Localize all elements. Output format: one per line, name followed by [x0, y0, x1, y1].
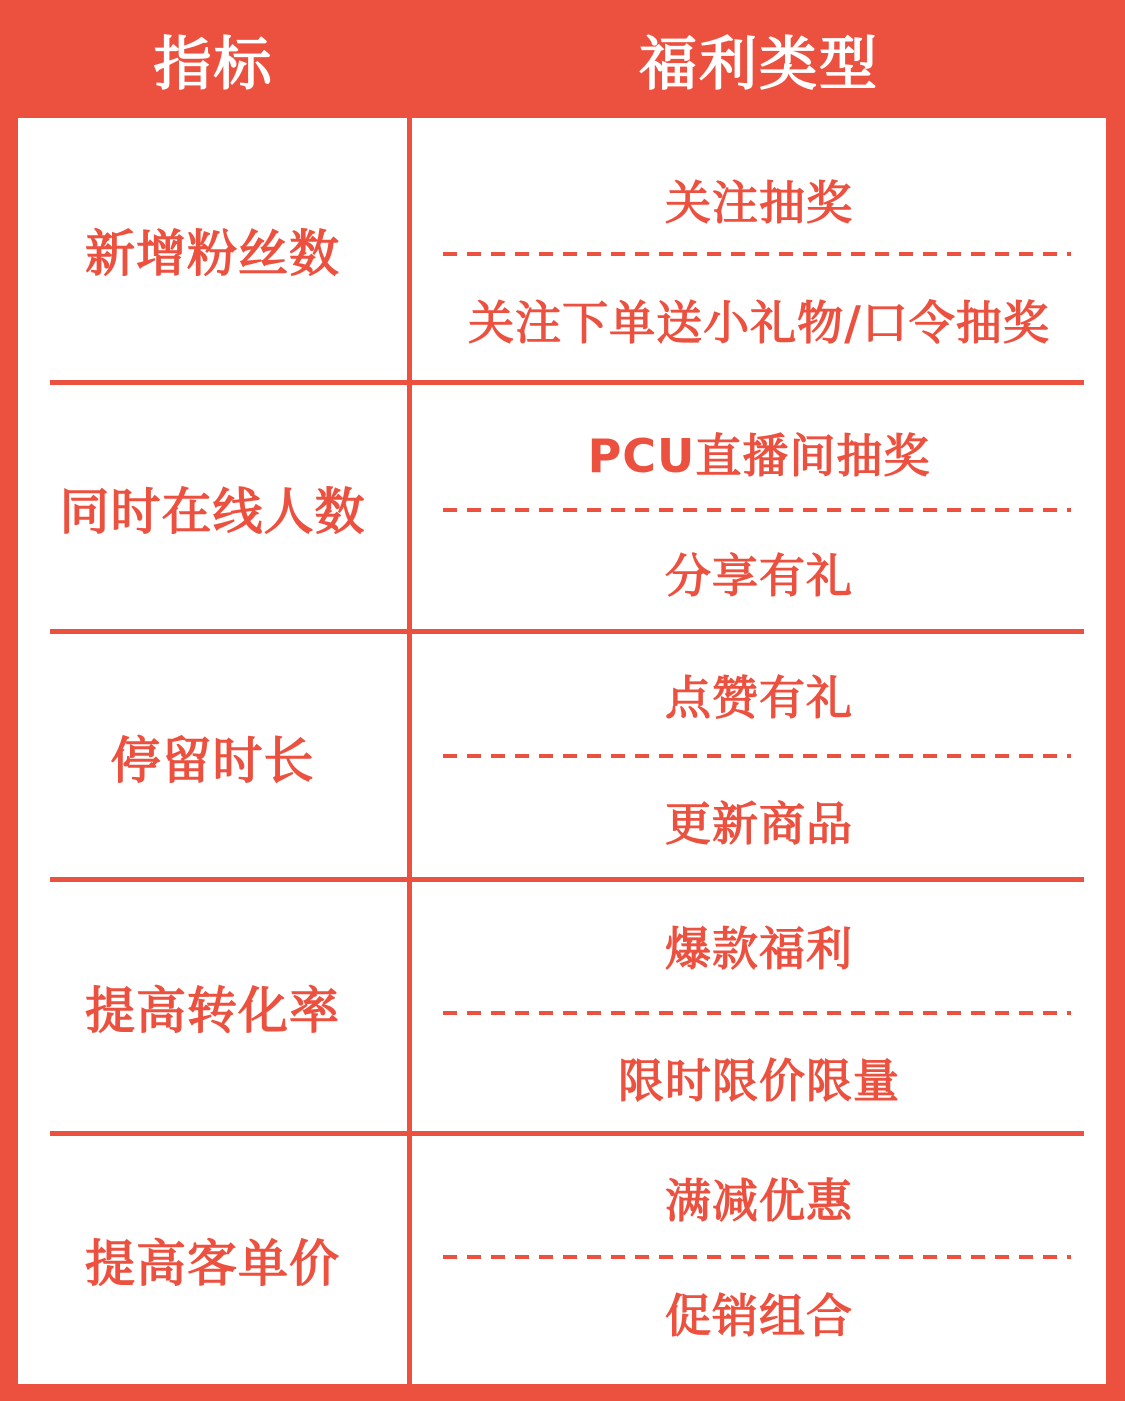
table-frame: 指标 福利类型 新增粉丝数 关注抽奖 关注下单送小礼物/口令抽奖 同时在线人数 … [0, 0, 1125, 1401]
benefit-cell: 点赞有礼 [412, 655, 1106, 735]
benefit-cell: PCU直播间抽奖 [412, 413, 1106, 493]
header-metric: 指标 [18, 0, 409, 118]
metric-cell: 提高转化率 [18, 882, 407, 1132]
metric-cell: 新增粉丝数 [18, 118, 407, 382]
dashed-divider [443, 252, 1071, 256]
benefit-cell: 关注下单送小礼物/口令抽奖 [412, 280, 1106, 360]
benefit-cell: 限时限价限量 [412, 1038, 1106, 1118]
metric-cell: 提高客单价 [18, 1136, 407, 1384]
header-benefit-type: 福利类型 [412, 0, 1106, 118]
benefit-cell: 分享有礼 [412, 533, 1106, 613]
benefit-cell: 爆款福利 [412, 906, 1106, 986]
dashed-divider [443, 1255, 1071, 1259]
dashed-divider [443, 508, 1071, 512]
benefit-cell: 更新商品 [412, 781, 1106, 861]
dashed-divider [443, 754, 1071, 758]
benefit-cell: 促销组合 [412, 1273, 1106, 1353]
metric-cell: 停留时长 [18, 634, 407, 879]
benefit-cell: 关注抽奖 [412, 160, 1106, 240]
dashed-divider [443, 1011, 1071, 1015]
benefit-cell: 满减优惠 [412, 1158, 1106, 1238]
metric-cell: 同时在线人数 [18, 385, 407, 630]
